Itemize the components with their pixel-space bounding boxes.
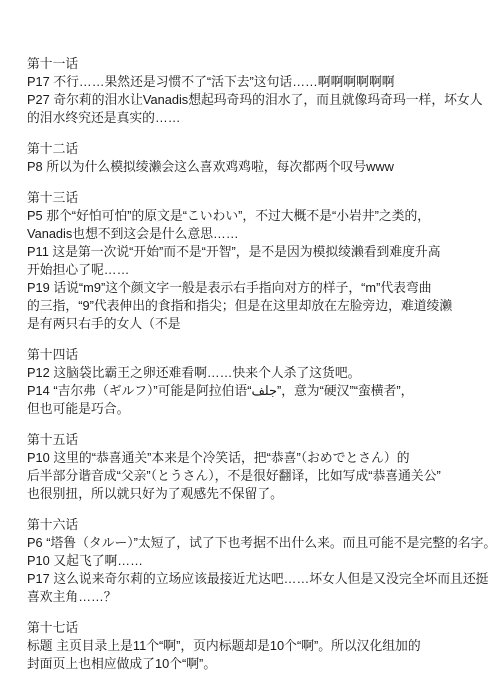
note-line: P14 “吉尔弗（ギルフ）”可能是阿拉伯语“جلف”，意为“硬汉”“蛮横者”， bbox=[27, 382, 492, 400]
note-line: P12 这脑袋比霸王之卵还难看啊……快来个人杀了这货吧。 bbox=[27, 364, 492, 382]
note-line: P19 话说“m9”这个颜文字一般是表示右手指向对方的样子，“m”代表弯曲 bbox=[27, 279, 492, 297]
section-ep-16: 第十六话 P6 “塔鲁（タルー）”太短了，试了下也考据不出什么来。而且可能不是完… bbox=[27, 516, 492, 606]
section-title: 第十四话 bbox=[27, 346, 492, 364]
note-line: P11 这是第一次说“开始”而不是“开智”，是不是因为模拟绫濑看到难度升高 bbox=[27, 243, 492, 261]
section-ep-11: 第十一话 P17 不行……果然还是习惯不了“活下去”这句话……啊啊啊啊啊啊 P2… bbox=[27, 55, 492, 127]
note-line: 也很别扭，所以就只好为了观感先不保留了。 bbox=[27, 485, 492, 503]
note-line: P17 这么说来奇尔莉的立场应该最接近尤达吧……坏女人但是又没完全坏而且还挺 bbox=[27, 570, 492, 588]
note-line: P8 所以为什么模拟绫濑会这么喜欢鸡鸡啦，每次都两个叹号www bbox=[27, 158, 492, 176]
note-line: 封面页上也相应做成了10个“啊”。 bbox=[27, 655, 492, 673]
note-line: 开始担心了呢…… bbox=[27, 261, 492, 279]
section-ep-14: 第十四话 P12 这脑袋比霸王之卵还难看啊……快来个人杀了这货吧。 P14 “吉… bbox=[27, 346, 492, 418]
section-title: 第十七话 bbox=[27, 619, 492, 637]
note-line: 的泪水终究还是真实的…… bbox=[27, 109, 492, 127]
section-ep-13: 第十三话 P5 那个“好怕可怕”的原文是“こいわい”，不过大概不是“小岩井”之类… bbox=[27, 189, 492, 333]
section-title: 第十二话 bbox=[27, 140, 492, 158]
note-line: 但也可能是巧合。 bbox=[27, 400, 492, 418]
note-line: P5 那个“好怕可怕”的原文是“こいわい”，不过大概不是“小岩井”之类的， bbox=[27, 207, 492, 225]
section-title: 第十三话 bbox=[27, 189, 492, 207]
section-ep-17: 第十七话 标题 主页目录上是11个“啊”，页内标题却是10个“啊”。所以汉化组加… bbox=[27, 619, 492, 673]
note-line: P17 不行……果然还是习惯不了“活下去”这句话……啊啊啊啊啊啊 bbox=[27, 73, 492, 91]
section-ep-12: 第十二话 P8 所以为什么模拟绫濑会这么喜欢鸡鸡啦，每次都两个叹号www bbox=[27, 140, 492, 176]
note-line: 喜欢主角……？ bbox=[27, 588, 492, 606]
note-line: P10 这里的“恭喜通关”本来是个冷笑话，把“恭喜”（おめでとさん）的 bbox=[27, 449, 492, 467]
note-line: Vanadis也想不到这会是什么意思…… bbox=[27, 225, 492, 243]
section-title: 第十六话 bbox=[27, 516, 492, 534]
note-line: 是有两只右手的女人（不是 bbox=[27, 315, 492, 333]
section-title: 第十一话 bbox=[27, 55, 492, 73]
translation-notes-page: 第十一话 P17 不行……果然还是习惯不了“活下去”这句话……啊啊啊啊啊啊 P2… bbox=[0, 0, 500, 700]
section-ep-15: 第十五话 P10 这里的“恭喜通关”本来是个冷笑话，把“恭喜”（おめでとさん）的… bbox=[27, 431, 492, 503]
note-line: 的三指，“9”代表伸出的食指和指尖；但是在这里却放在左脸旁边，难道绫濑 bbox=[27, 297, 492, 315]
note-line: 标题 主页目录上是11个“啊”，页内标题却是10个“啊”。所以汉化组加的 bbox=[27, 637, 492, 655]
note-line: P6 “塔鲁（タルー）”太短了，试了下也考据不出什么来。而且可能不是完整的名字。 bbox=[27, 534, 492, 552]
note-line: P27 奇尔莉的泪水让Vanadis想起玛奇玛的泪水了，而且就像玛奇玛一样，坏女… bbox=[27, 91, 492, 109]
note-line: 后半部分谐音成“父亲”（とうさん），不是很好翻译，比如写成“恭喜通关公” bbox=[27, 467, 492, 485]
section-title: 第十五话 bbox=[27, 431, 492, 449]
note-line: P10 又起飞了啊…… bbox=[27, 552, 492, 570]
